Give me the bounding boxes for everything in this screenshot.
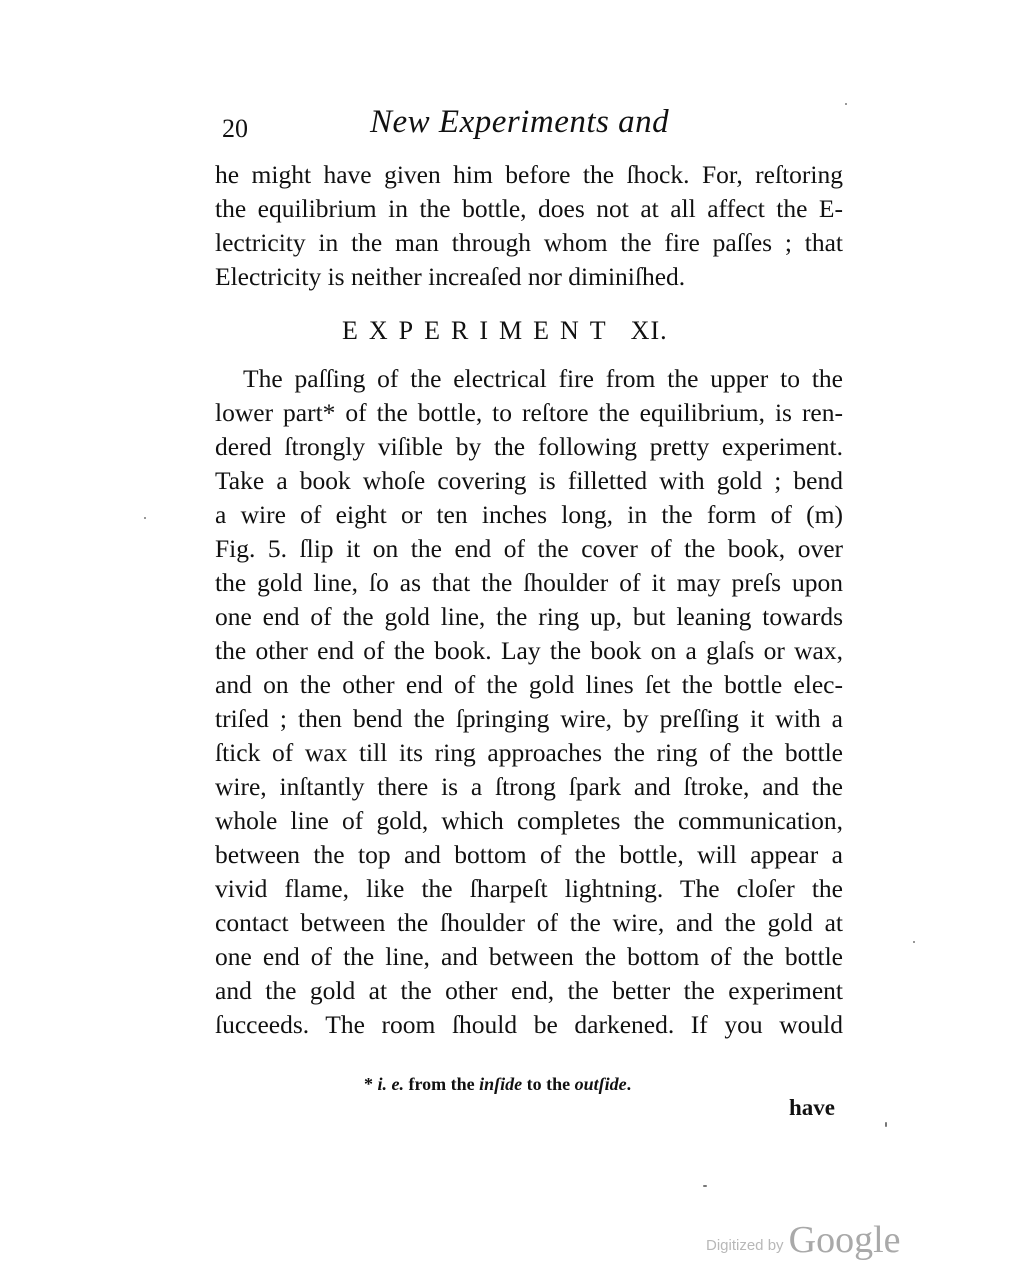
paragraph-continuation: he might have given him before the ſhock… xyxy=(215,158,843,294)
text-line: one end of the gold line, the ring up, b… xyxy=(215,600,843,634)
digitized-watermark: Digitized by Google xyxy=(706,1218,901,1262)
running-head: 20 New Experiments and xyxy=(222,104,842,148)
footnote-italic: inſide xyxy=(479,1074,522,1094)
text-line: the gold line, ſo as that the ſhoulder o… xyxy=(215,566,843,600)
footnote: * i. e. from the inſide to the outſide. xyxy=(364,1074,631,1095)
footnote-text: to the xyxy=(522,1074,575,1094)
scan-speck xyxy=(703,1185,707,1187)
text-line: ſucceeds. The room ſhould be darkened. I… xyxy=(215,1008,843,1042)
text-line: he might have given him before the ſhock… xyxy=(215,158,843,192)
book-page: 20 New Experiments and he might have giv… xyxy=(0,0,1014,1282)
watermark-prefix: Digitized by xyxy=(706,1237,784,1254)
text-line: and on the other end of the gold lines ſ… xyxy=(215,668,843,702)
text-line: a wire of eight or ten inches long, in t… xyxy=(215,498,843,532)
text-line: the other end of the book. Lay the book … xyxy=(215,634,843,668)
footnote-marker: * xyxy=(364,1074,373,1094)
text-line: The paſſing of the electrical fire from … xyxy=(215,362,843,396)
footnote-italic: outſide xyxy=(575,1074,627,1094)
running-title: New Experiments and xyxy=(370,104,669,141)
footnote-abbr: i. e. xyxy=(378,1074,405,1094)
text-line: between the top and bottom of the bottle… xyxy=(215,838,843,872)
heading-number: XI. xyxy=(631,316,668,345)
scan-speck xyxy=(144,517,146,519)
scan-speck xyxy=(845,103,847,105)
text-line: triſed ; then bend the ſpringing wire, b… xyxy=(215,702,843,736)
text-line: whole line of gold, which completes the … xyxy=(215,804,843,838)
page-number: 20 xyxy=(222,114,248,144)
text-line: ſtick of wax till its ring approaches th… xyxy=(215,736,843,770)
paragraph-experiment: The paſſing of the electrical fire from … xyxy=(215,362,843,1042)
text-line: dered ſtrongly viſible by the following … xyxy=(215,430,843,464)
text-line: contact between the ſhoulder of the wire… xyxy=(215,906,843,940)
footnote-end: . xyxy=(627,1074,632,1094)
scan-speck xyxy=(913,941,915,943)
text-line: lectricity in the man through whom the f… xyxy=(215,226,843,260)
text-line: lower part* of the bottle, to reſtore th… xyxy=(215,396,843,430)
text-line: vivid flame, like the ſharpeſt lightning… xyxy=(215,872,843,906)
text-line: the equilibrium in the bottle, does not … xyxy=(215,192,843,226)
text-line: Take a book whoſe covering is filletted … xyxy=(215,464,843,498)
text-line: and the gold at the other end, the bette… xyxy=(215,974,843,1008)
heading-label: EXPERIMENT xyxy=(342,316,617,345)
scan-speck xyxy=(885,1122,887,1127)
footnote-text: from the xyxy=(404,1074,479,1094)
catchword: have xyxy=(789,1095,835,1121)
text-line: Electricity is neither increaſed nor dim… xyxy=(215,260,843,294)
text-line: one end of the line, and between the bot… xyxy=(215,940,843,974)
text-line: Fig. 5. ſlip it on the end of the cover … xyxy=(215,532,843,566)
text-line: wire, inſtantly there is a ſtrong ſpark … xyxy=(215,770,843,804)
google-logo: Google xyxy=(789,1219,901,1261)
section-heading: EXPERIMENTXI. xyxy=(342,316,668,346)
